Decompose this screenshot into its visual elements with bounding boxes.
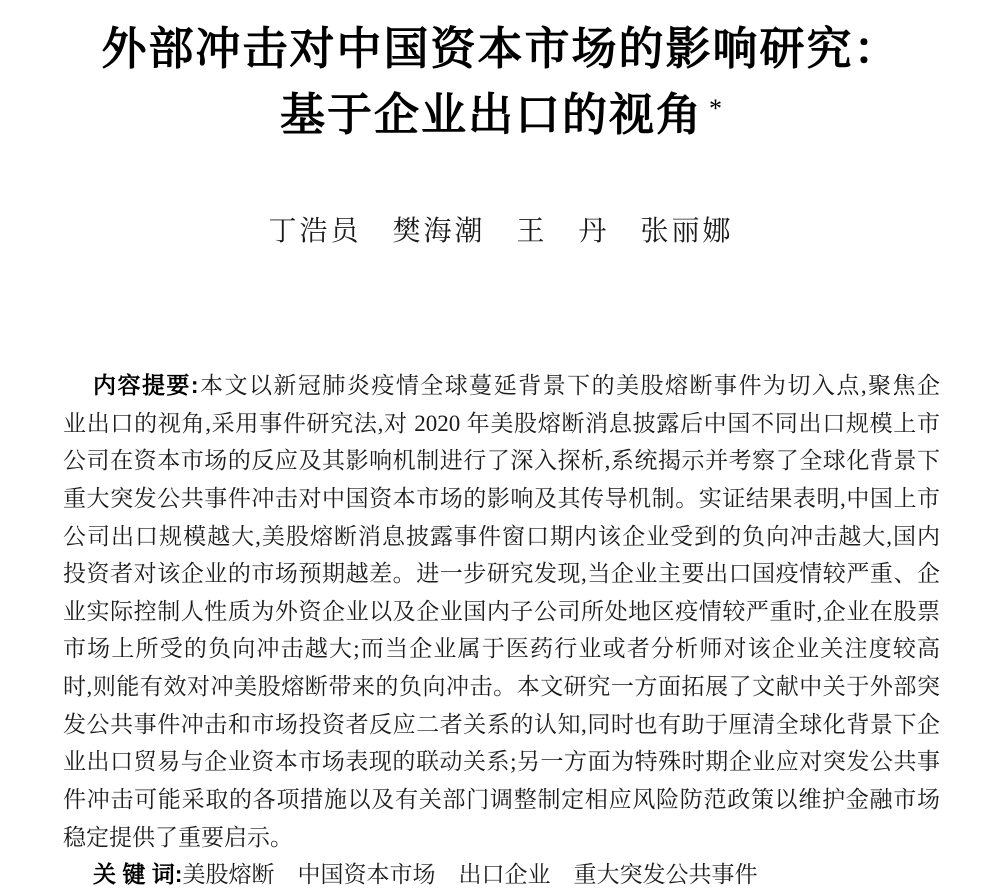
abstract-line-text: 本文以新冠肺炎疫情全球蔓延背景下的美股熔断事件为切入点,聚焦企 (199, 373, 940, 398)
abstract-line: 件冲击可能采取的各项措施以及有关部门调整制定相应风险防范政策以维护金融市场 (63, 781, 940, 819)
abstract-label: 内容提要: (93, 372, 199, 398)
abstract-block: 内容提要:本文以新冠肺炎疫情全球蔓延背景下的美股熔断事件为切入点,聚焦企 业出口… (63, 367, 940, 894)
paper-title: 外部冲击对中国资本市场的影响研究： 基于企业出口的视角* (0, 16, 1002, 148)
title-line-1: 外部冲击对中国资本市场的影响研究： (0, 16, 1002, 82)
footnote-asterisk: * (709, 76, 722, 142)
abstract-line: 时,则能有效对冲美股熔断带来的负向冲击。本文研究一方面拓展了文献中关于外部突 (63, 668, 940, 706)
abstract-line: 内容提要:本文以新冠肺炎疫情全球蔓延背景下的美股熔断事件为切入点,聚焦企 (63, 367, 940, 405)
abstract-line: 公司在资本市场的反应及其影响机制进行了深入探析,系统揭示并考察了全球化背景下 (63, 442, 940, 480)
authors-line: 丁浩员 樊海潮 王 丹 张丽娜 (0, 212, 1002, 252)
abstract-line: 业出口的视角,采用事件研究法,对 2020 年美股熔断消息披露后中国不同出口规模… (63, 405, 940, 443)
title-line-2: 基于企业出口的视角* (0, 82, 1002, 148)
keywords-text: 美股熔断 中国资本市场 出口企业 重大突发公共事件 (182, 862, 757, 887)
abstract-line: 稳定提供了重要启示。 (63, 819, 940, 857)
paper-page: 外部冲击对中国资本市场的影响研究： 基于企业出口的视角* 丁浩员 樊海潮 王 丹… (0, 0, 1002, 894)
abstract-line: 重大突发公共事件冲击对中国资本市场的影响及其传导机制。实证结果表明,中国上市 (63, 480, 940, 518)
abstract-line: 公司出口规模越大,美股熔断消息披露事件窗口期内该企业受到的负向冲击越大,国内 (63, 518, 940, 556)
abstract-line: 投资者对该企业的市场预期越差。进一步研究发现,当企业主要出口国疫情较严重、企 (63, 555, 940, 593)
keywords-label: 关 键 词: (93, 861, 182, 887)
abstract-line: 业出口贸易与企业资本市场表现的联动关系;另一方面为特殊时期企业应对突发公共事 (63, 743, 940, 781)
abstract-line: 业实际控制人性质为外资企业以及企业国内子公司所处地区疫情较严重时,企业在股票 (63, 593, 940, 631)
title-line-2-text: 基于企业出口的视角 (280, 89, 703, 140)
abstract-line: 发公共事件冲击和市场投资者反应二者关系的认知,同时也有助于厘清全球化背景下企 (63, 706, 940, 744)
keywords-line: 关 键 词:美股熔断 中国资本市场 出口企业 重大突发公共事件 (63, 856, 940, 894)
abstract-line: 市场上所受的负向冲击越大;而当企业属于医药行业或者分析师对该企业关注度较高 (63, 630, 940, 668)
